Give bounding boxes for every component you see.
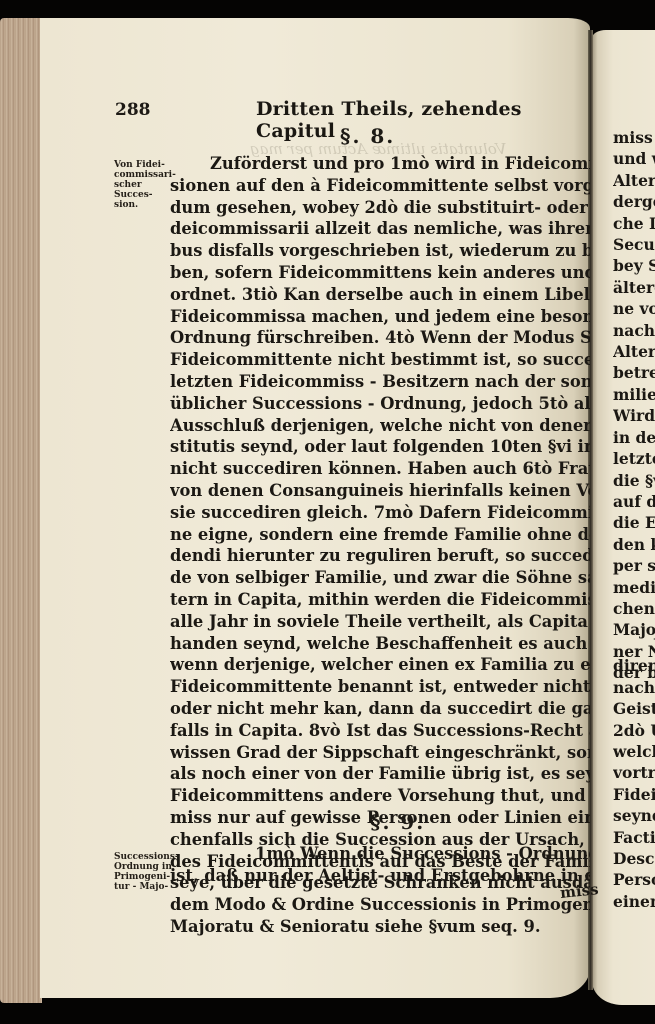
text-line: auf den [613,491,655,512]
text-line: Fideicommittente nicht bestimmt ist, so … [170,349,590,371]
text-line: die §vo P [613,470,655,491]
margin-note-line: Primogeni- [114,872,176,882]
text-line: bey Sub [613,255,655,276]
text-line: de von selbiger Familie, und zwar die Sö… [170,567,590,589]
text-line: Zuförderst und pro 1mò wird in Fideicomm… [170,153,590,175]
text-line: dem Modo & Ordine Successionis in Primog… [170,894,590,916]
margin-note-line: scher Succes- [114,180,176,200]
text-line: wenn derjenige, welcher einen ex Familia… [170,654,590,676]
text-line: nach abg [613,677,655,698]
text-line: ben, sofern Fideicommittens kein anderes… [170,262,590,284]
text-line: ne eigne, sondern eine fremde Familie oh… [170,524,590,546]
text-line: tern in Capita, mithin werden die Fideic… [170,589,590,611]
text-line: dum gesehen, wobey 2dò die substituirt- … [170,197,590,219]
text-line: Fideicommissa machen, und jedem eine bes… [170,306,590,328]
text-line: per subst [613,555,655,576]
margin-note-line: Ordnung in [114,862,176,872]
text-line: von denen Consanguineis hierinfalls kein… [170,480,590,502]
text-line: bus disfalls vorgeschrieben ist, wiederu… [170,240,590,262]
text-line: dendi hierunter zu reguliren beruft, so … [170,545,590,567]
page-header: 288 Dritten Theils, zehendes Capitul [115,100,595,124]
text-line: nach de [613,320,655,341]
text-line: dergesta [613,191,655,212]
text-line: diren, [613,655,655,676]
text-line: welchen [613,741,655,762]
text-line: 1mò Wenn die Successions - Ordnung derge… [170,843,590,865]
text-line: wissen Grad der Sippschaft eingeschränkt… [170,742,590,764]
text-line: einen Ab [613,891,655,912]
text-line: 2dò Uneh [613,720,655,741]
text-line: sie succediren gleich. 7mò Dafern Fideic… [170,502,590,524]
text-line: oder nicht mehr kan, dann da succedirt d… [170,698,590,720]
text-line: ist, daß nur der Aeltist- und Erstgebohr… [170,865,590,887]
text-line: die Erstg [613,512,655,533]
text-line: und wi [613,148,655,169]
text-line: Descend [613,848,655,869]
text-line: ordnet. 3tiò Kan derselbe auch in einem … [170,284,590,306]
book-fore-edge [0,18,42,1003]
text-line: betreffen [613,362,655,383]
text-line: den kan [613,534,655,555]
text-line: Fideicommittente benannt ist, entweder n… [170,676,590,698]
text-line: Ordnung fürschreiben. 4tò Wenn der Modus… [170,327,590,349]
right-page-column-bottom: Indiren,nach abgGeistlich2dò Unehwelchen… [613,634,655,912]
margin-note-line: Von Fidei- [114,160,176,170]
text-line: Geistlich [613,698,655,719]
text-line: medio C [613,577,655,598]
running-head: Dritten Theils, zehendes Capitul [256,98,595,142]
text-line: Alter de [613,341,655,362]
text-line: ne vorg [613,298,655,319]
text-line: Wird in [613,405,655,426]
text-line: Person g [613,869,655,890]
text-line: Facti. [613,827,655,848]
section-9-heading: §. 9. [370,810,425,834]
margin-note-line: Successions- [114,852,176,862]
text-line: üblicher Successions - Ordnung, jedoch 5… [170,393,590,415]
text-line: letzten Fideicommiss - Besitzern nach de… [170,371,590,393]
text-line: miss al [613,127,655,148]
text-line: Alter d [613,170,655,191]
right-page-column-top: miss alund wiAlter ddergestache DescSecu… [613,127,655,684]
text-line: in der F [613,427,655,448]
section-9-body: 1mò Wenn die Successions - Ordnung derge… [170,843,590,887]
margin-note-section-8: Von Fidei- commissari- scher Succes- sio… [114,160,176,210]
text-line: In [613,634,655,655]
text-line: Majoratu & Senioratu siehe §vum seq. 9. [170,916,590,938]
text-line: nicht succediren können. Haben auch 6tò … [170,458,590,480]
text-line: che Desc [613,213,655,234]
text-line: deicommissarii allzeit das nemliche, was… [170,218,590,240]
text-line: Fideicon [613,784,655,805]
text-line: Secund [613,234,655,255]
text-line: als noch einer von der Familie übrig ist… [170,763,590,785]
page-number: 288 [115,100,151,120]
margin-note-line: sion. [114,200,176,210]
text-line: älteren [613,277,655,298]
text-line: falls in Capita. 8vò Ist das Successions… [170,720,590,742]
margin-note-line: commissari- [114,170,176,180]
text-line: chen. 8 [613,598,655,619]
text-line: stitutis seynd, oder laut folgenden 10te… [170,436,590,458]
margin-note-line: tur - Majo- [114,882,176,892]
text-line: Fideicommittens andere Vorsehung thut, u… [170,785,590,807]
section-8-heading: §. 8. [340,124,395,148]
margin-note-section-9: Successions- Ordnung in Primogeni- tur -… [114,852,176,892]
text-line: vortragt. [613,762,655,783]
text-line: sionen auf den à Fideicommittente selbst… [170,175,590,197]
text-line: letzte me [613,448,655,469]
text-line: milie ist [613,384,655,405]
text-line: Ausschluß derjenigen, welche nicht von d… [170,415,590,437]
text-line: handen seynd, welche Beschaffenheit es a… [170,633,590,655]
text-line: seynd. [613,805,655,826]
text-line: alle Jahr in soviele Theile vertheilt, a… [170,611,590,633]
